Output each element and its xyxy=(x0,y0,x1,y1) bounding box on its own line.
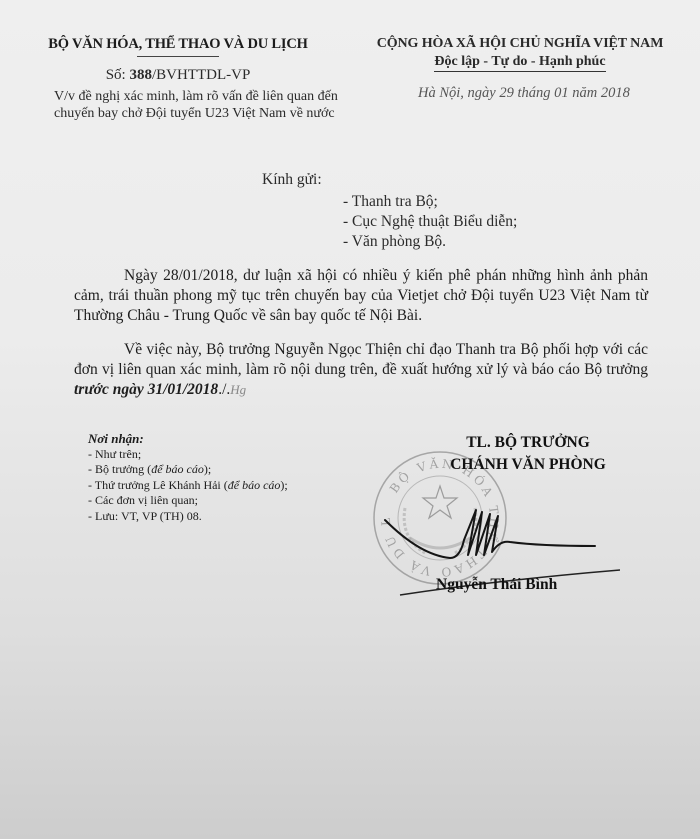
receiver-text: - Lưu: VT, VP (TH) 08. xyxy=(88,509,202,523)
receivers-block: Nơi nhận: - Như trên; - Bộ trưởng (để bá… xyxy=(88,431,288,524)
receiver-text: - Bộ trưởng ( xyxy=(88,462,151,476)
place-date-line: Hà Nội, ngày 29 tháng 01 năm 2018 xyxy=(418,85,630,102)
signature-authority: TL. BỘ TRƯỞNG xyxy=(428,432,628,454)
agency-name: BỘ VĂN HÓA, THỂ THAO VÀ DU LỊCH xyxy=(28,36,328,53)
republic-title: CỘNG HÒA XÃ HỘI CHỦ NGHĨA VIỆT NAM xyxy=(360,36,680,52)
document-subject: V/v đề nghị xác minh, làm rõ vấn đề liên… xyxy=(54,88,374,122)
receiver-text: - Các đơn vị liên quan; xyxy=(88,493,198,507)
body-paragraph-1: Ngày 28/01/2018, dư luận xã hội có nhiều… xyxy=(74,266,648,326)
receivers-title: Nơi nhận: xyxy=(88,431,288,447)
national-motto: Độc lập - Tự do - Hạnh phúc xyxy=(434,54,605,72)
receiver-note: để báo cáo xyxy=(151,462,204,476)
subject-line: V/v đề nghị xác minh, làm rõ vấn đề liên… xyxy=(54,88,374,105)
doc-number-value: 388 xyxy=(129,67,152,83)
receiver-end: ); xyxy=(204,462,211,476)
signature-block: TL. BỘ TRƯỞNG CHÁNH VĂN PHÒNG xyxy=(428,432,628,476)
signer-name: Nguyễn Thái Bình xyxy=(436,576,557,594)
paragraph-text: Về việc này, Bộ trưởng Nguyễn Ngọc Thiện… xyxy=(74,341,648,378)
recipient-item: - Văn phòng Bộ. xyxy=(343,232,517,252)
body-paragraph-2: Về việc này, Bộ trưởng Nguyễn Ngọc Thiện… xyxy=(74,340,648,400)
document-number: Số: 388/BVHTTDL-VP xyxy=(28,67,328,84)
receiver-item: - Thứ trưởng Lê Khánh Hải (để báo cáo); xyxy=(88,478,288,494)
agency-underline xyxy=(137,56,219,57)
receiver-end: ); xyxy=(280,478,287,492)
subject-line: chuyến bay chở Đội tuyển U23 Việt Nam về… xyxy=(54,105,374,122)
paragraph-end: ./. xyxy=(218,381,230,398)
greeting-label: Kính gửi: xyxy=(262,171,322,189)
paragraph-text: Ngày 28/01/2018, dư luận xã hội có nhiều… xyxy=(74,267,648,324)
receiver-note: để báo cáo xyxy=(228,478,281,492)
national-header: CỘNG HÒA XÃ HỘI CHỦ NGHĨA VIỆT NAM Độc l… xyxy=(360,36,680,72)
receiver-text: - Thứ trưởng Lê Khánh Hải ( xyxy=(88,478,228,492)
receiver-text: - Như trên; xyxy=(88,447,141,461)
recipient-item: - Cục Nghệ thuật Biểu diễn; xyxy=(343,212,517,232)
receiver-item: - Như trên; xyxy=(88,447,288,463)
recipient-item: - Thanh tra Bộ; xyxy=(343,192,517,212)
issuing-agency-header: BỘ VĂN HÓA, THỂ THAO VÀ DU LỊCH Số: 388/… xyxy=(28,36,328,84)
signature-position: CHÁNH VĂN PHÒNG xyxy=(428,454,628,476)
official-letter-page: BỘ VĂN HÓA, THỂ THAO VÀ DU LỊCH Số: 388/… xyxy=(0,0,700,839)
doc-number-prefix: Số: xyxy=(106,67,130,83)
receiver-item: - Các đơn vị liên quan; xyxy=(88,493,288,509)
receiver-item: - Lưu: VT, VP (TH) 08. xyxy=(88,509,288,525)
receiver-item: - Bộ trưởng (để báo cáo); xyxy=(88,462,288,478)
doc-number-suffix: /BVHTTDL-VP xyxy=(152,67,250,83)
deadline-emphasis: trước ngày 31/01/2018 xyxy=(74,381,218,398)
handwritten-initials: Hg xyxy=(230,382,246,397)
recipient-list: - Thanh tra Bộ; - Cục Nghệ thuật Biểu di… xyxy=(343,192,517,252)
